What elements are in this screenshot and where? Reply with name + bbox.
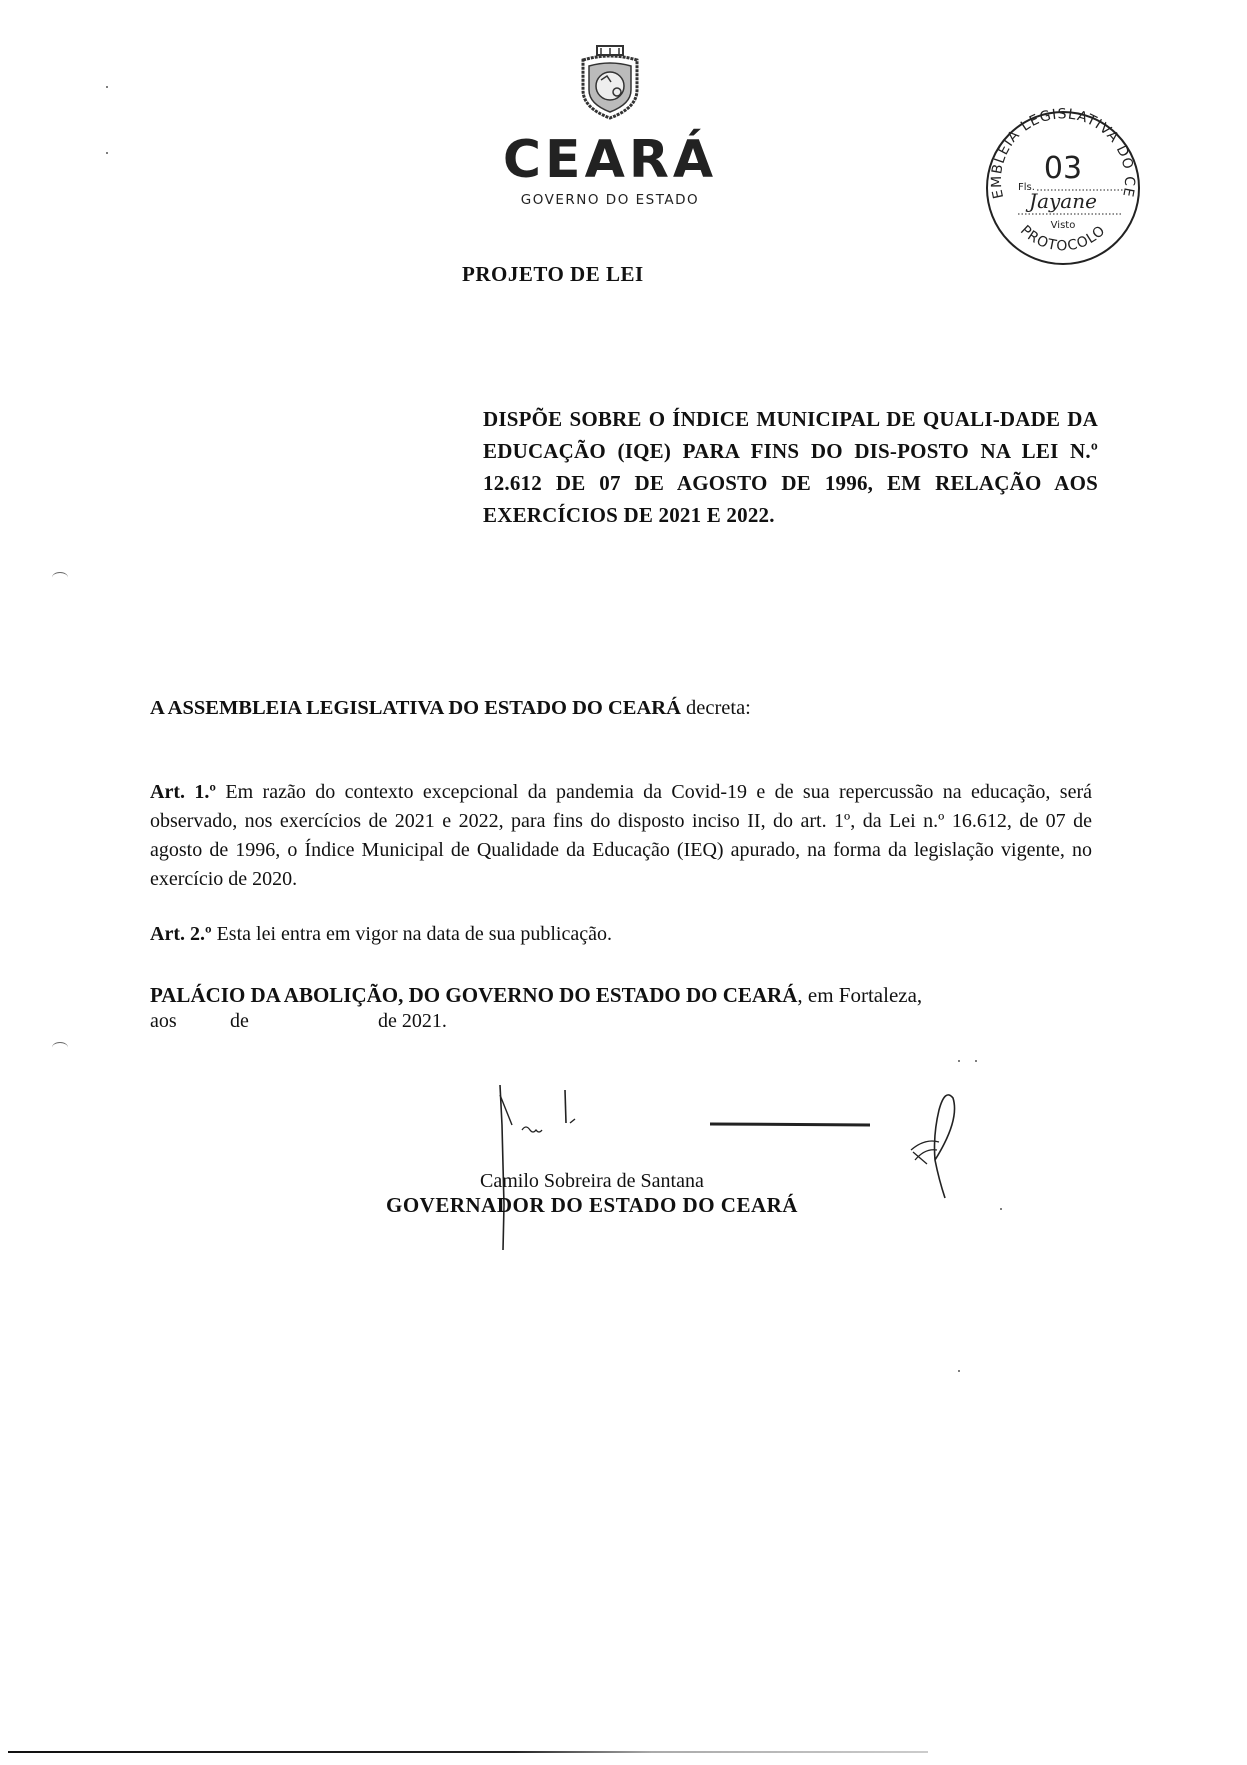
ementa: DISPÕE SOBRE O ÍNDICE MUNICIPAL DE QUALI… (483, 403, 1098, 531)
signature-stroke (710, 1122, 870, 1126)
scan-mark (52, 572, 68, 583)
closing-rest: , em Fortaleza, (797, 983, 922, 1007)
document-title: PROJETO DE LEI (462, 262, 644, 287)
stamp-page-number: 03 (1044, 151, 1082, 186)
stamp-visto-label: Visto (1051, 220, 1076, 231)
preamble-bold: A ASSEMBLEIA LEGISLATIVA DO ESTADO DO CE… (150, 697, 681, 719)
scan-speck (958, 1060, 960, 1062)
date-aos: aos (150, 1008, 230, 1034)
footer-rule (8, 1751, 928, 1753)
article-1-label: Art. 1.º (150, 781, 216, 803)
scan-speck (106, 86, 108, 88)
signatory-name: Camilo Sobreira de Santana (480, 1170, 704, 1193)
scan-speck (1000, 1208, 1002, 1210)
article-2-text: Esta lei entra em vigor na data de sua p… (212, 923, 612, 945)
stamp-initials: Jayane (1025, 189, 1097, 213)
article-2-label: Art. 2.º (150, 923, 212, 945)
date-year: de 2021. (378, 1008, 447, 1034)
preamble-rest: decreta: (681, 697, 751, 719)
protocol-stamp: ASSEMBLEIA LEGISLATIVA DO CEARÁ PROTOCOL… (983, 108, 1143, 268)
scan-mark (52, 1042, 68, 1053)
article-2: Art. 2.º Esta lei entra em vigor na data… (150, 923, 612, 946)
rubric-initials (905, 1090, 965, 1200)
scan-speck (106, 152, 108, 154)
scan-speck (958, 1370, 960, 1372)
logo-subtitle: GOVERNO DO ESTADO (500, 192, 720, 208)
preamble: A ASSEMBLEIA LEGISLATIVA DO ESTADO DO CE… (150, 697, 751, 720)
coat-of-arms-icon (575, 44, 645, 120)
logo-wordmark: CEARÁ (500, 132, 720, 188)
date-de: de (230, 1008, 378, 1034)
signatory-title: GOVERNADOR DO ESTADO DO CEARÁ (386, 1193, 798, 1218)
date-line: aosdede 2021. (150, 1008, 1092, 1034)
closing-bold: PALÁCIO DA ABOLIÇÃO, DO GOVERNO DO ESTAD… (150, 983, 797, 1007)
closing-formula: PALÁCIO DA ABOLIÇÃO, DO GOVERNO DO ESTAD… (150, 982, 1092, 1034)
scan-speck (975, 1060, 977, 1062)
article-1: Art. 1.º Em razão do contexto excepciona… (150, 778, 1092, 894)
article-1-text: Em razão do contexto excepcional da pand… (150, 781, 1092, 890)
